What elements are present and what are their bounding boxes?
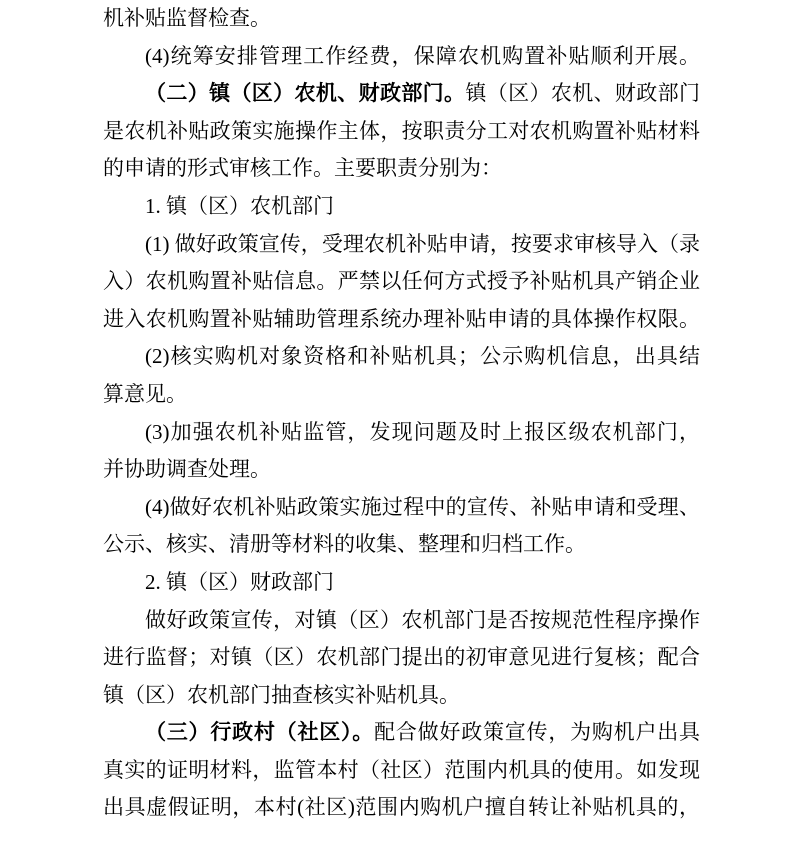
section-heading: （三）行政村（社区）。: [145, 720, 374, 744]
text-segment: (1) 做好政策宣传，受理农机补贴申请，按要求审核导入（录: [145, 232, 700, 256]
text-line: 是农机补贴政策实施操作主体，按职责分工对农机购置补贴材料: [103, 113, 700, 151]
text-segment: 是农机补贴政策实施操作主体，按职责分工对农机购置补贴材料: [103, 119, 700, 143]
text-line: （三）行政村（社区）。配合做好政策宣传，为购机户出具: [103, 714, 700, 752]
text-segment: 进行监督；对镇（区）农机部门提出的初审意见进行复核；配合: [103, 645, 700, 669]
document-text-block: 机补贴监督检查。(4)统筹安排管理工作经费，保障农机购置补贴顺利开展。（二）镇（…: [103, 0, 700, 827]
text-line: 机补贴监督检查。: [103, 0, 700, 38]
text-segment: 镇（区）农机、财政部门: [465, 81, 700, 105]
text-segment: 出具虚假证明，本村(社区)范围内购机户擅自转让补贴机具的，: [103, 795, 700, 819]
text-segment: 进入农机购置补贴辅助管理系统办理补贴申请的具体操作权限。: [103, 307, 700, 331]
text-line: 2. 镇（区）财政部门: [103, 564, 700, 602]
text-line: (4)统筹安排管理工作经费，保障农机购置补贴顺利开展。: [103, 38, 700, 76]
text-segment: 公示、核实、清册等材料的收集、整理和归档工作。: [103, 532, 586, 556]
text-segment: 1. 镇（区）农机部门: [145, 194, 334, 218]
text-line: 的申请的形式审核工作。主要职责分别为：: [103, 150, 700, 188]
text-line: 公示、核实、清册等材料的收集、整理和归档工作。: [103, 526, 700, 564]
text-line: 算意见。: [103, 376, 700, 414]
text-segment: (3)加强农机补贴监管，发现问题及时上报区级农机部门，: [145, 420, 700, 444]
text-line: 进行监督；对镇（区）农机部门提出的初审意见进行复核；配合: [103, 639, 700, 677]
text-segment: 并协助调查处理。: [103, 457, 271, 481]
text-segment: 配合做好政策宣传，为购机户出具: [374, 720, 700, 744]
text-segment: 算意见。: [103, 382, 187, 406]
text-line: 并协助调查处理。: [103, 451, 700, 489]
text-line: (2)核实购机对象资格和补贴机具；公示购机信息，出具结: [103, 338, 700, 376]
text-line: (3)加强农机补贴监管，发现问题及时上报区级农机部门，: [103, 414, 700, 452]
text-line: 入）农机购置补贴信息。严禁以任何方式授予补贴机具产销企业: [103, 263, 700, 301]
text-segment: (4)统筹安排管理工作经费，保障农机购置补贴顺利开展。: [145, 44, 700, 68]
text-segment: (4)做好农机补贴政策实施过程中的宣传、补贴申请和受理、: [145, 495, 700, 519]
text-segment: 2. 镇（区）财政部门: [145, 570, 334, 594]
text-line: 真实的证明材料，监管本村（社区）范围内机具的使用。如发现: [103, 752, 700, 790]
text-line: (1) 做好政策宣传，受理农机补贴申请，按要求审核导入（录: [103, 226, 700, 264]
text-line: 镇（区）农机部门抽查核实补贴机具。: [103, 677, 700, 715]
document-page: 机补贴监督检查。(4)统筹安排管理工作经费，保障农机购置补贴顺利开展。（二）镇（…: [0, 0, 793, 851]
section-heading: （二）镇（区）农机、财政部门。: [145, 81, 465, 105]
text-segment: 机补贴监督检查。: [103, 6, 271, 30]
text-line: 出具虚假证明，本村(社区)范围内购机户擅自转让补贴机具的，: [103, 789, 700, 827]
text-segment: 做好政策宣传，对镇（区）农机部门是否按规范性程序操作: [145, 608, 700, 632]
text-segment: 镇（区）农机部门抽查核实补贴机具。: [103, 683, 460, 707]
text-line: （二）镇（区）农机、财政部门。镇（区）农机、财政部门: [103, 75, 700, 113]
text-segment: (2)核实购机对象资格和补贴机具；公示购机信息，出具结: [145, 344, 700, 368]
text-line: 进入农机购置补贴辅助管理系统办理补贴申请的具体操作权限。: [103, 301, 700, 339]
text-line: 做好政策宣传，对镇（区）农机部门是否按规范性程序操作: [103, 602, 700, 640]
text-segment: 入）农机购置补贴信息。严禁以任何方式授予补贴机具产销企业: [103, 269, 700, 293]
text-line: 1. 镇（区）农机部门: [103, 188, 700, 226]
text-line: (4)做好农机补贴政策实施过程中的宣传、补贴申请和受理、: [103, 489, 700, 527]
text-segment: 真实的证明材料，监管本村（社区）范围内机具的使用。如发现: [103, 758, 700, 782]
text-segment: 的申请的形式审核工作。主要职责分别为：: [103, 156, 502, 180]
